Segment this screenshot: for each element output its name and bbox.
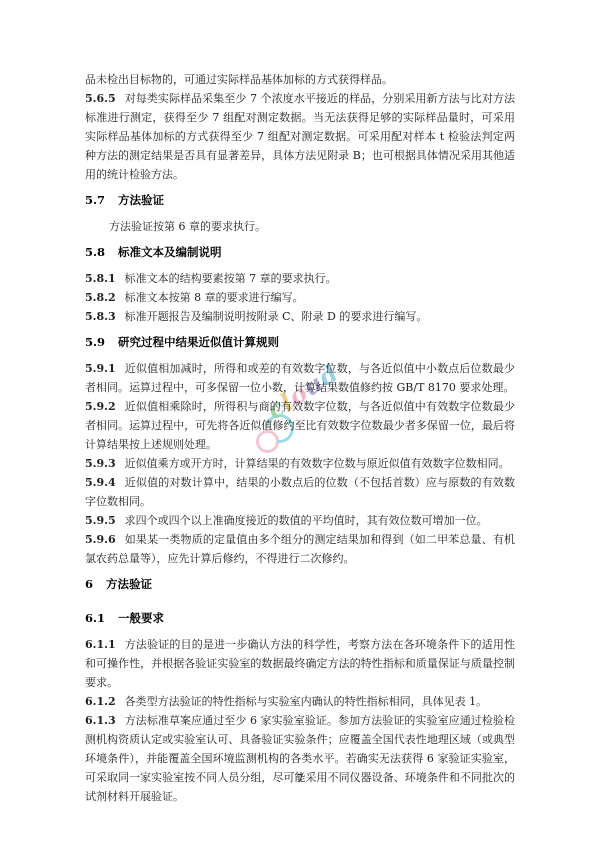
- clause-paragraph-5-9-3: 5.9.3近似值乘方或开方时，计算结果的有效数字位数与原近似值有效数字位数相同。: [85, 454, 515, 473]
- clause-text: 方法标准草案应通过至少 6 家实验室验证。参加方法验证的实验室应通过检验检测机构…: [85, 714, 515, 803]
- clause-text: 各类型方法验证的特性指标与实验室内确认的特性指标相同，具体见表 1。: [125, 695, 488, 708]
- clause-paragraph-6-1-1: 6.1.1方法验证的目的是进一步确认方法的科学性，考察方法在各环境条件下的适用性…: [85, 635, 515, 692]
- document-page: cloud 品未检出目标物的，可通过实际样品基体加标的方式获得样品。5.6.5对…: [0, 0, 600, 848]
- clause-paragraph-5-8-3: 5.8.3标准开题报告及编制说明按附录 C、附录 D 的要求进行编写。: [85, 307, 515, 326]
- clause-paragraph-6-1-2: 6.1.2各类型方法验证的特性指标与实验室内确认的特性指标相同，具体见表 1。: [85, 692, 515, 711]
- clause-number: 5.9.5: [85, 514, 116, 527]
- clause-paragraph-5-8-2: 5.8.2标准文本按第 8 章的要求进行编写。: [85, 288, 515, 307]
- section-heading-5-7: 5.7方法验证: [85, 191, 515, 211]
- clause-paragraph-5-9-6: 5.9.6如果某一类物质的定量值由多个组分的测定结果加和得到（如二甲苯总量、有机…: [85, 530, 515, 568]
- clause-number: 5.9.1: [85, 362, 116, 375]
- clause-number: 6: [85, 577, 93, 591]
- clause-paragraph-5-9-2: 5.9.2近似值相乘除时，所得积与商的有效数字位数，与各近似值中有效数字位数最少…: [85, 397, 515, 454]
- clause-number: 5.8: [85, 245, 105, 259]
- clause-number: 5.9.4: [85, 476, 116, 489]
- clause-number: 5.8.2: [85, 291, 116, 304]
- clause-number: 5.9.3: [85, 457, 116, 470]
- section-heading-5-8: 5.8标准文本及编制说明: [85, 243, 515, 263]
- section-heading-6: 6方法验证: [85, 575, 515, 595]
- clause-paragraph-5-9-5: 5.9.5求四个或四个以上准确度接近的数值的平均值时，其有效位数可增加一位。: [85, 511, 515, 530]
- paragraph-continuation: 方法验证按第 6 章的要求执行。: [85, 217, 515, 236]
- clause-number: 5.6.5: [85, 92, 116, 105]
- clause-text: 方法验证的目的是进一步确认方法的科学性，考察方法在各环境条件下的适用性和可操作性…: [85, 638, 515, 689]
- paragraph-continuation: 品未检出目标物的，可通过实际样品基体加标的方式获得样品。: [85, 70, 515, 89]
- clause-number: 6.1.1: [85, 638, 116, 651]
- section-heading-5-9: 5.9研究过程中结果近似值计算规则: [85, 333, 515, 353]
- clause-text: 近似值的对数计算中，结果的小数点后的位数（不包括首数）应与原数的有效数字位数相同…: [85, 476, 515, 508]
- clause-paragraph-6-1-3: 6.1.3方法标准草案应通过至少 6 家实验室验证。参加方法验证的实验室应通过检…: [85, 711, 515, 806]
- clause-text: 标准文本按第 8 章的要求进行编写。: [125, 291, 304, 304]
- clause-text: 近似值相加减时，所得和或差的有效数字位数，与各近似值中小数点后位数最少者相同。运…: [85, 362, 515, 394]
- clause-number: 5.9.2: [85, 400, 116, 413]
- heading-text: 方法验证: [118, 195, 164, 207]
- clause-number: 6.1.3: [85, 714, 116, 727]
- clause-number: 5.8.1: [85, 272, 116, 285]
- clause-paragraph-5-8-1: 5.8.1标准文本的结构要素按第 7 章的要求执行。: [85, 269, 515, 288]
- clause-number: 5.8.3: [85, 310, 116, 323]
- clause-paragraph-5-6-5: 5.6.5对每类实际样品采集至少 7 个浓度水平接近的样品，分别采用新方法与比对…: [85, 89, 515, 184]
- clause-text: 方法验证按第 6 章的要求执行。: [109, 220, 266, 233]
- clause-text: 近似值乘方或开方时，计算结果的有效数字位数与原近似值有效数字位数相同。: [125, 457, 510, 470]
- clause-paragraph-5-9-4: 5.9.4近似值的对数计算中，结果的小数点后的位数（不包括首数）应与原数的有效数…: [85, 473, 515, 511]
- heading-text: 研究过程中结果近似值计算规则: [118, 337, 279, 349]
- clause-text: 标准开题报告及编制说明按附录 C、附录 D 的要求进行编写。: [125, 310, 428, 323]
- section-heading-6-1: 6.1一般要求: [85, 609, 515, 629]
- clause-text: 标准文本的结构要素按第 7 章的要求执行。: [125, 272, 337, 285]
- clause-number: 5.9.6: [85, 533, 116, 546]
- clause-text: 如果某一类物质的定量值由多个组分的测定结果加和得到（如二甲苯总量、有机氯农药总量…: [85, 533, 515, 565]
- clause-number: 5.7: [85, 193, 105, 207]
- heading-text: 方法验证: [106, 579, 152, 591]
- clause-text: 近似值相乘除时，所得积与商的有效数字位数，与各近似值中有效数字位数最少者相同。运…: [85, 400, 515, 451]
- heading-text: 一般要求: [118, 613, 164, 625]
- clause-number: 6.1: [85, 611, 105, 625]
- clause-paragraph-5-9-1: 5.9.1近似值相加减时，所得和或差的有效数字位数，与各近似值中小数点后位数最少…: [85, 359, 515, 397]
- clause-text: 求四个或四个以上准确度接近的数值的平均值时，其有效位数可增加一位。: [125, 514, 488, 527]
- clause-number: 6.1.2: [85, 695, 116, 708]
- clause-text: 品未检出目标物的，可通过实际样品基体加标的方式获得样品。: [85, 73, 393, 86]
- clause-number: 5.9: [85, 335, 105, 349]
- clause-text: 对每类实际样品采集至少 7 个浓度水平接近的样品，分别采用新方法与比对方法标准进…: [85, 92, 515, 181]
- page-number: 7: [0, 772, 600, 785]
- heading-text: 标准文本及编制说明: [118, 247, 222, 259]
- document-body: 品未检出目标物的，可通过实际样品基体加标的方式获得样品。5.6.5对每类实际样品…: [0, 0, 600, 806]
